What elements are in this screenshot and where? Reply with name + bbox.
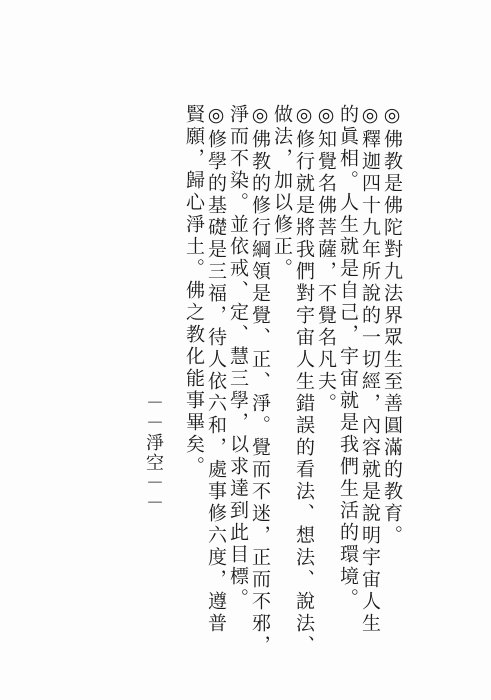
- text-column-2: ◎釋迦四十九年所說的一切經，內容就是說明宇宙人生: [359, 104, 381, 635]
- text-column-10: 賢願，歸心淨土。佛之教化能事畢矣。: [183, 104, 205, 478]
- text-column-6: 做法，加以修正。: [271, 104, 293, 280]
- text-column-9: ◎修學的基礎是三福，待人依六和，處事修六度，遵普: [205, 104, 227, 635]
- text-column-1: ◎佛教是佛陀對九法界眾生至善圓滿的教育。: [381, 104, 403, 547]
- text-column-8: 淨而不染。並依戒、定、慧三學，以求達到此目標。: [227, 104, 249, 610]
- document-page: ◎佛教是佛陀對九法界眾生至善圓滿的教育。 ◎釋迦四十九年所說的一切經，內容就是說…: [0, 0, 491, 700]
- signature: －－淨空－－: [142, 393, 164, 513]
- text-column-3: 的眞相。人生就是自己，宇宙就是我們生活的環境。: [337, 104, 359, 610]
- text-column-7: ◎佛教的修行綱領是覺、正、淨。覺而不迷，正而不邪，: [249, 104, 271, 657]
- text-column-4: ◎知覺名佛菩薩，不覺名凡夫。: [315, 104, 337, 415]
- text-column-5: ◎修行就是將我們對宇宙人生錯誤的看法、想法、說法、: [293, 104, 315, 657]
